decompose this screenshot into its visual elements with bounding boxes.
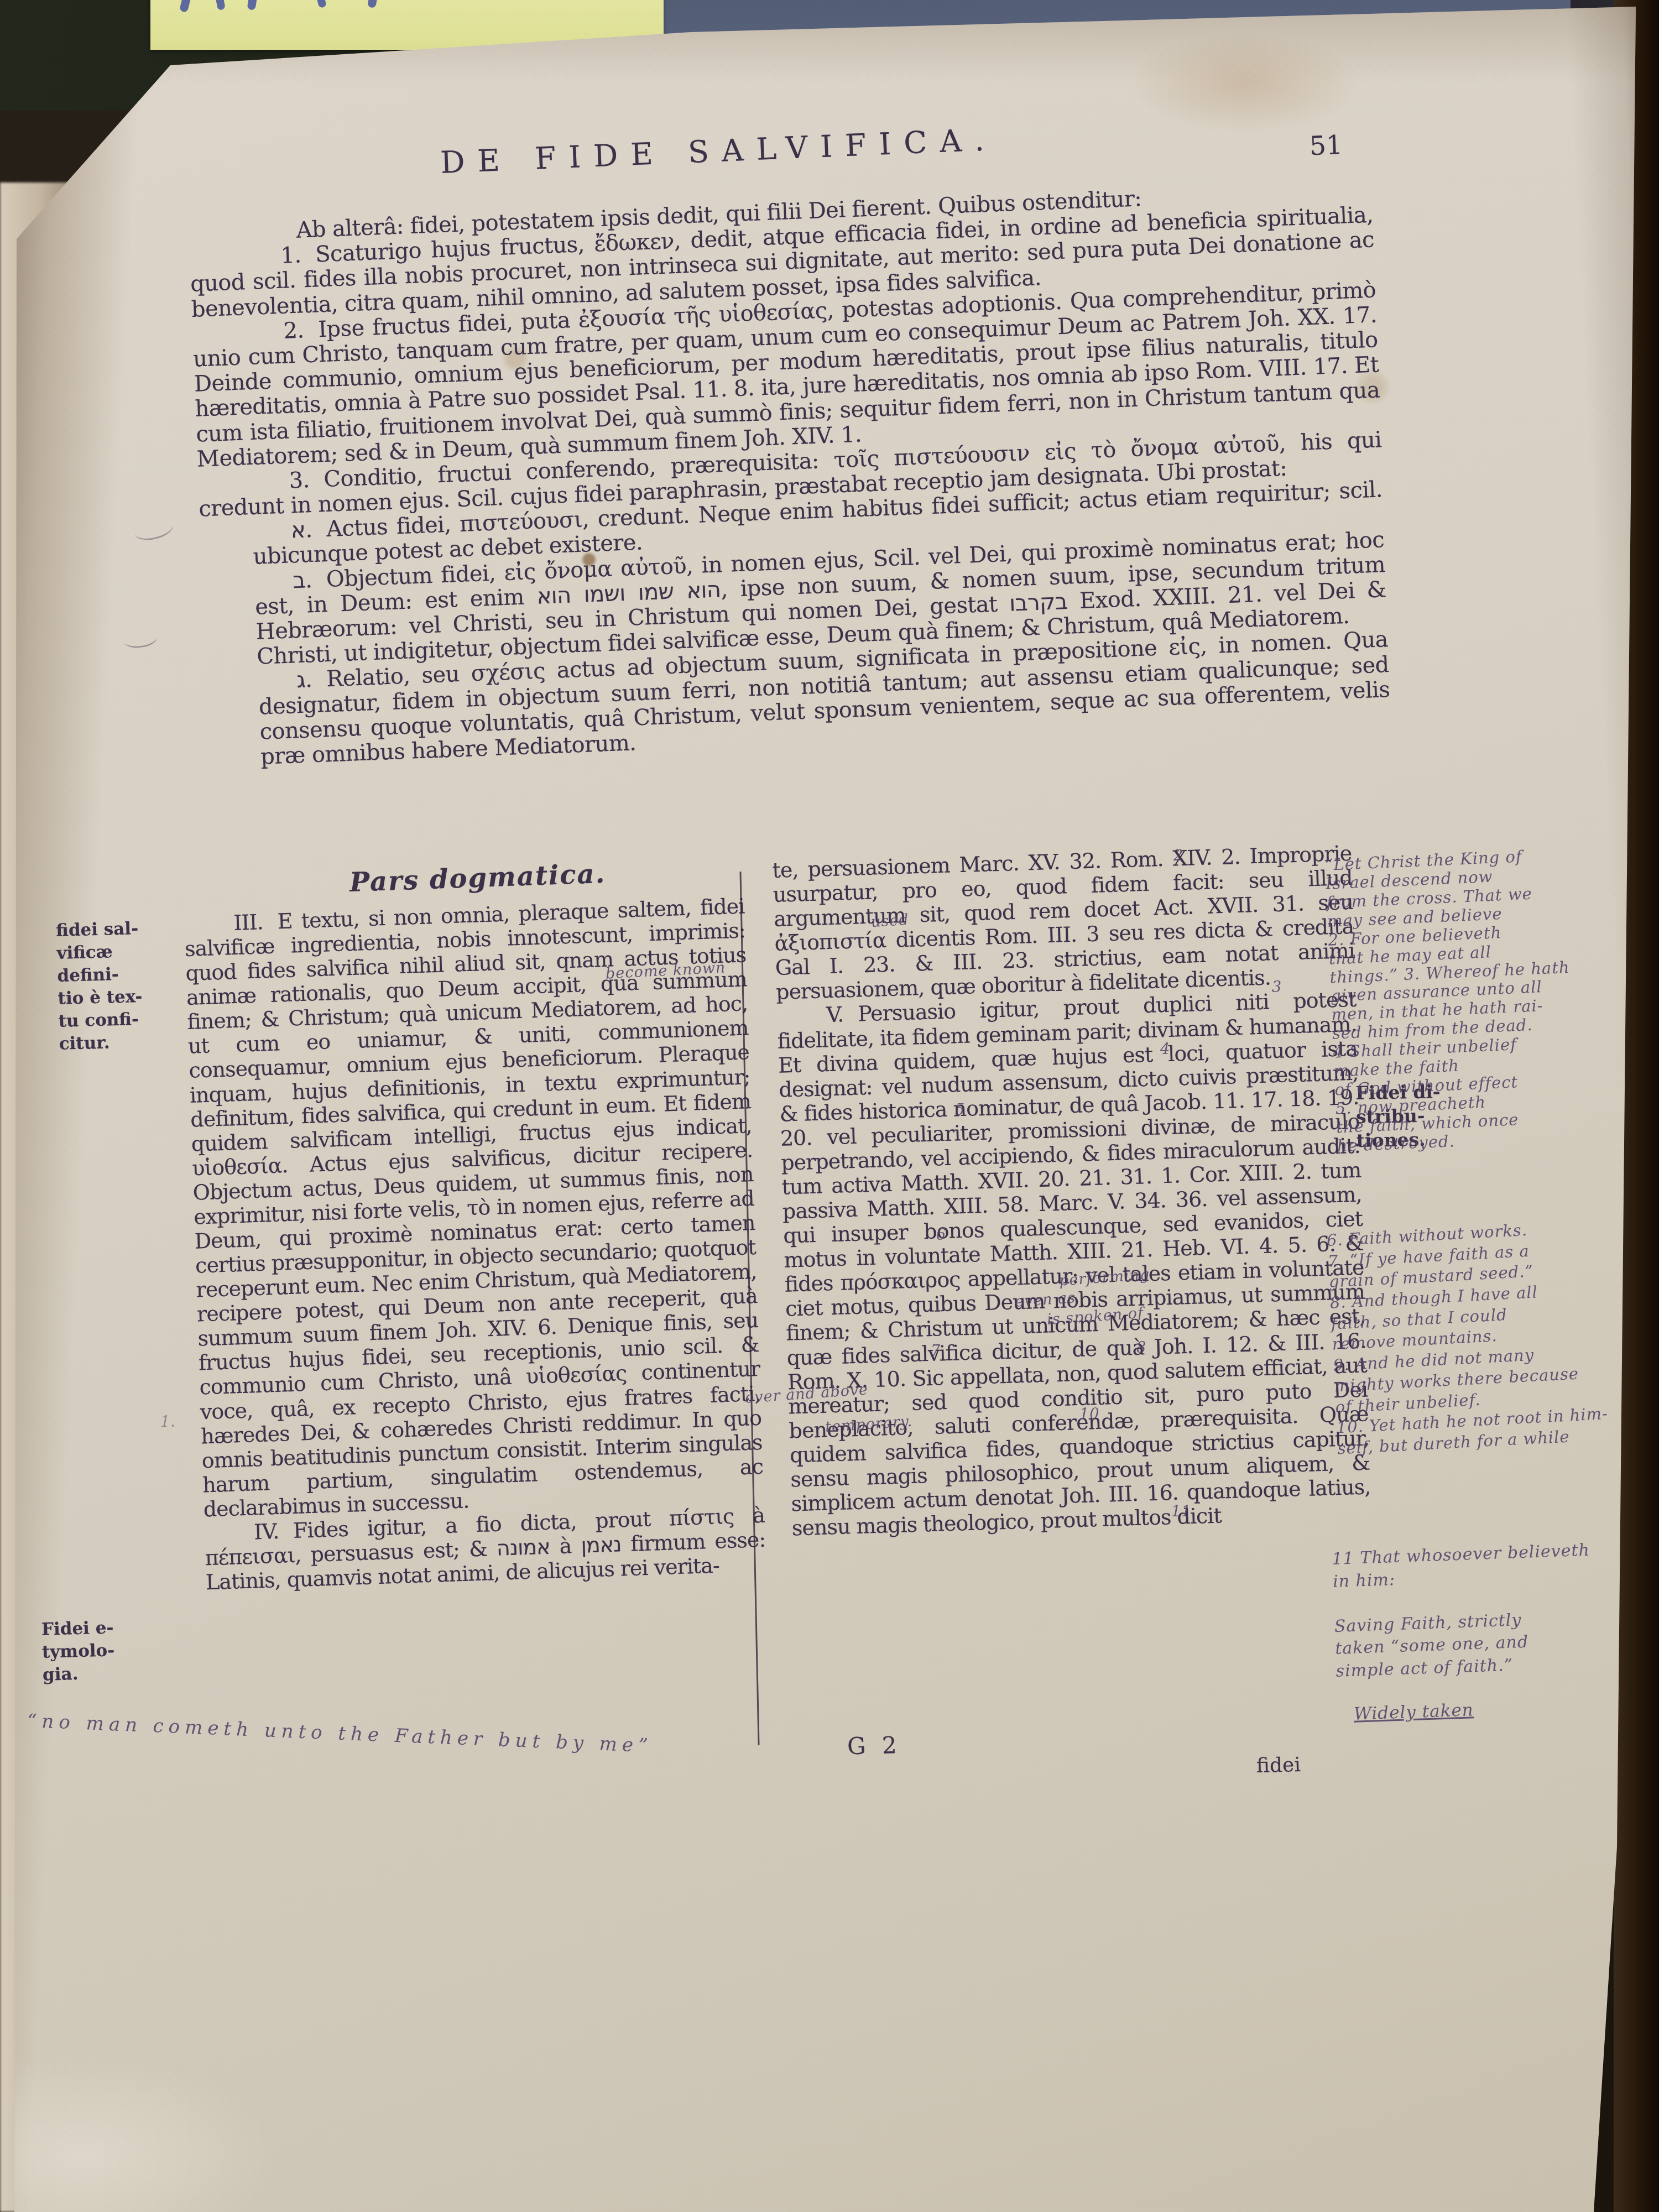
interlinear-ref-number: 8 xyxy=(1136,1339,1146,1357)
signature-mark: G 2 xyxy=(847,1731,901,1760)
interlinear-ref-number: 2 xyxy=(1173,847,1183,864)
handwritten-note-right-middle: 6. Faith without works. 7. “If ye have f… xyxy=(1326,1212,1659,1459)
handwritten-note-right-top: “Let Christ the King of Israel descend n… xyxy=(1324,841,1659,1156)
paragraph-text: E textu, si non omnia, pleraque saltem, … xyxy=(184,894,763,1521)
paragraph-number: III. xyxy=(233,909,278,935)
item-number: 1. xyxy=(280,242,316,269)
paragraph-text: Persuasio igitur, prout duplici niti pot… xyxy=(777,987,1371,1540)
item-letter-aleph: א. xyxy=(290,517,327,543)
margin-pencil-number: 1. xyxy=(160,1413,176,1431)
paragraph-V: V.Persuasio igitur, prout duplici niti p… xyxy=(776,987,1371,1540)
paragraph-text: te, persuasionem Marc. XV. 32. Rom. XIV.… xyxy=(772,841,1355,1004)
sticky-note-writing-stroke xyxy=(247,0,259,11)
sticky-note-writing-stroke xyxy=(314,0,327,8)
paragraph-number: V. xyxy=(826,1002,858,1027)
item-number: 2. xyxy=(283,317,319,343)
interlinear-ref-number: 4 xyxy=(1160,1041,1170,1058)
interlinear-ref-number: 5 xyxy=(955,1102,965,1119)
handwritten-note-widely-taken: Widely taken xyxy=(1353,1700,1474,1724)
interlinear-ref-number: 11 xyxy=(1171,1503,1191,1520)
interlinear-ref-number: 7 xyxy=(931,1343,941,1360)
item-letter-gimel: ג. xyxy=(296,667,327,693)
paragraph-IV-continuation: te, persuasionem Marc. XV. 32. Rom. XIV.… xyxy=(772,841,1355,1004)
sticky-note-writing-stroke xyxy=(213,0,225,11)
interlinear-note: used xyxy=(870,911,910,931)
item-letter-bet: ב. xyxy=(293,567,327,593)
interlinear-ref-number: 3 xyxy=(1272,979,1282,996)
sticky-note-writing-stroke xyxy=(179,0,194,13)
paragraph-number: IV. xyxy=(253,1519,293,1544)
sticky-note-writing-stroke xyxy=(367,0,380,8)
book-page: DE FIDE SALVIFICA. 51 Ab alterâ: fidei, … xyxy=(0,0,1659,2212)
left-margin-note-etymology: Fidei e- tymolo- gia. xyxy=(41,1615,159,1686)
paragraph-III: III.E textu, si non omnia, pleraque salt… xyxy=(184,894,764,1521)
catchword: fidei xyxy=(1256,1754,1301,1777)
top-section: Ab alterâ: fidei, potestatem ipsis dedit… xyxy=(188,178,1392,772)
interlinear-ref-number: 10 xyxy=(1079,1406,1099,1423)
left-margin-note-definition: fidei sal- vificæ defini- tio è tex- tu … xyxy=(56,916,181,1055)
right-column: te, persuasionem Marc. XV. 32. Rom. XIV.… xyxy=(772,841,1371,1541)
left-column: III.E textu, si non omnia, pleraque salt… xyxy=(184,894,766,1594)
interlinear-ref-number: 6 xyxy=(936,1227,946,1244)
page-number: 51 xyxy=(1309,130,1343,161)
handwritten-note-right-bottom: 11 That whosoever believeth in him: Savi… xyxy=(1332,1537,1659,1683)
photo-of-antique-book-page: DE FIDE SALVIFICA. 51 Ab alterâ: fidei, … xyxy=(0,0,1659,2212)
item-number: 3. xyxy=(289,467,325,493)
